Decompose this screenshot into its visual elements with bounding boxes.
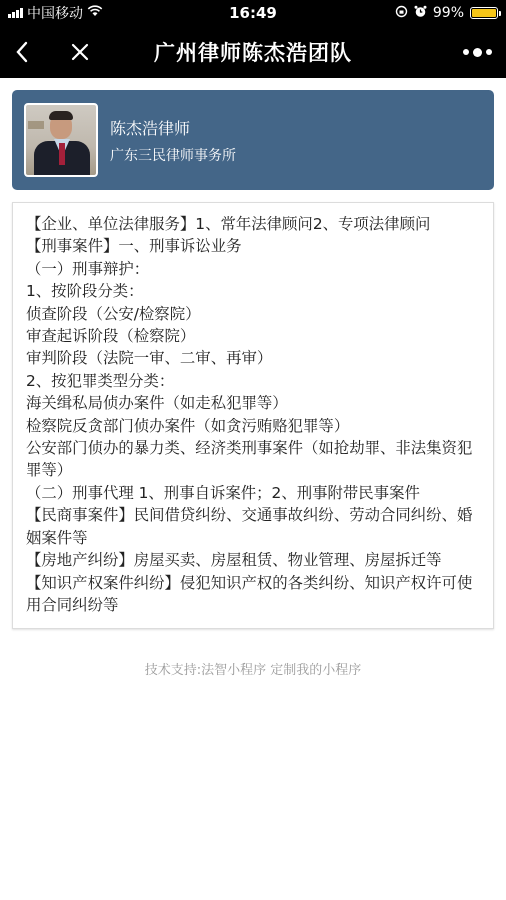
- service-line: 【民商事案件】民间借贷纠纷、交通事故纠纷、劳动合同纠纷、婚姻案件等: [26, 504, 480, 549]
- services-description: 【企业、单位法律服务】1、常年法律顾问2、专项法律顾问 【刑事案件】一、刑事诉讼…: [12, 202, 494, 629]
- service-line: 侦查阶段（公安/检察院）: [26, 303, 480, 325]
- service-line: 【企业、单位法律服务】1、常年法律顾问2、专项法律顾问: [26, 213, 480, 235]
- law-firm-name: 广东三民律师事务所: [110, 145, 236, 165]
- close-button[interactable]: [60, 32, 100, 72]
- service-line: 1、按阶段分类：: [26, 280, 480, 302]
- service-line: （一）刑事辩护：: [26, 258, 480, 280]
- service-line: 【刑事案件】一、刑事诉讼业务: [26, 235, 480, 257]
- service-line: （二）刑事代理 1、刑事自诉案件；2、刑事附带民事案件: [26, 482, 480, 504]
- more-dots-icon: [463, 49, 469, 55]
- alarm-icon: [414, 5, 427, 22]
- clock: 16:49: [229, 4, 277, 22]
- battery-icon: [470, 7, 498, 19]
- rotation-lock-icon: [395, 5, 408, 22]
- avatar: [24, 103, 98, 177]
- tech-support-text: 技术支持:法智小程序: [145, 663, 266, 678]
- nav-bar: 广州律师陈杰浩团队: [0, 26, 506, 78]
- more-button[interactable]: [463, 48, 492, 57]
- wifi-icon: [87, 5, 103, 21]
- lawyer-profile-card[interactable]: 陈杰浩律师 广东三民律师事务所: [12, 90, 494, 190]
- signal-icon: [8, 8, 23, 18]
- service-line: 审判阶段（法院一审、二审、再审）: [26, 347, 480, 369]
- back-button[interactable]: [2, 32, 42, 72]
- service-line: 检察院反贪部门侦办案件（如贪污贿赂犯罪等）: [26, 415, 480, 437]
- service-line: 公安部门侦办的暴力类、经济类刑事案件（如抢劫罪、非法集资犯罪等）: [26, 437, 480, 482]
- battery-percent: 99%: [433, 5, 464, 21]
- lawyer-name: 陈杰浩律师: [110, 116, 236, 139]
- service-line: 海关缉私局侦办案件（如走私犯罪等）: [26, 392, 480, 414]
- service-line: 2、按犯罪类型分类：: [26, 370, 480, 392]
- close-icon: [71, 43, 89, 61]
- service-line: 审查起诉阶段（检察院）: [26, 325, 480, 347]
- customize-miniprogram-link[interactable]: 定制我的小程序: [270, 663, 361, 678]
- status-bar: 中国移动 16:49 99%: [0, 0, 506, 26]
- back-chevron-icon: [15, 41, 29, 63]
- carrier-label: 中国移动: [27, 3, 83, 23]
- service-line: 【知识产权案件纠纷】侵犯知识产权的各类纠纷、知识产权许可使用合同纠纷等: [26, 572, 480, 617]
- page-title: 广州律师陈杰浩团队: [154, 37, 352, 67]
- service-line: 【房地产纠纷】房屋买卖、房屋租赁、物业管理、房屋拆迁等: [26, 549, 480, 571]
- footer: 技术支持:法智小程序 定制我的小程序: [0, 659, 506, 678]
